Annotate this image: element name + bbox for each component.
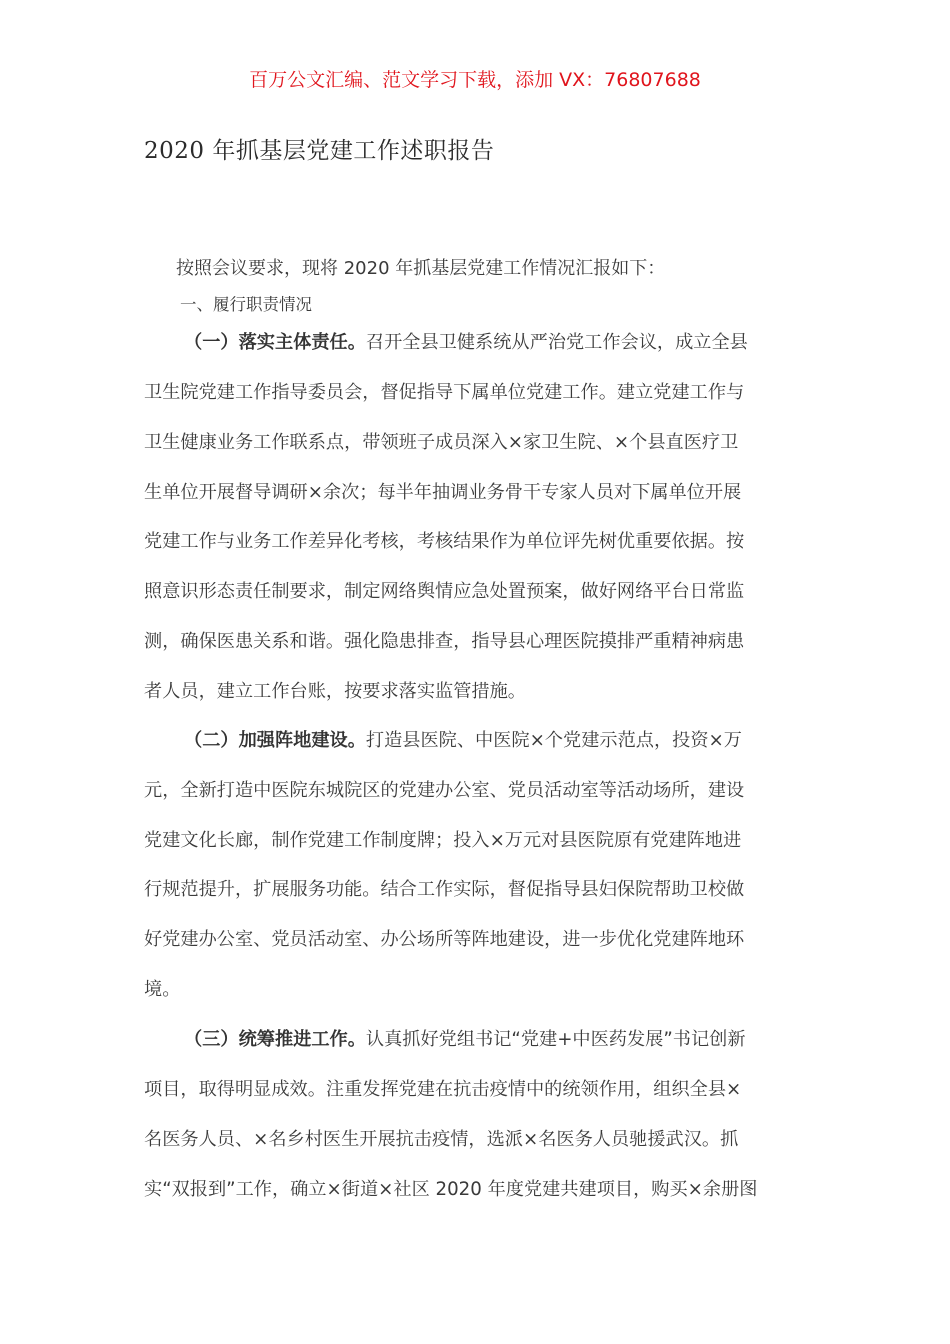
paragraph-line: 测，确保医患关系和谐。强化隐患排查，指导县心理医院摸排严重精神病患 xyxy=(144,628,744,656)
paragraph-line: 行规范提升，扩展服务功能。结合工作实际，督促指导县妇保院帮助卫校做 xyxy=(144,876,744,904)
line-text: 认真抓好党组书记“党建+中医药发展”书记创新 xyxy=(366,1029,746,1050)
paragraph-line: 名医务人员、×名乡村医生开展抗击疫情，选派×名医务人员驰援武汉。抓 xyxy=(144,1126,738,1154)
paragraph-line: 项目，取得明显成效。注重发挥党建在抗击疫情中的统领作用，组织全县× xyxy=(144,1076,741,1104)
section-heading-1: 一、履行职责情况 xyxy=(180,291,312,319)
paragraph-line: 卫生健康业务工作联系点，带领班子成员深入×家卫生院、×个县直医疗卫 xyxy=(144,429,738,457)
document-title: 2020 年抓基层党建工作述职报告 xyxy=(144,134,494,168)
subsection-label: （二）加强阵地建设。 xyxy=(184,730,366,751)
paragraph-line: 党建文化长廊，制作党建工作制度牌；投入×万元对县医院原有党建阵地进 xyxy=(144,827,741,855)
paragraph-line: 生单位开展督导调研×余次；每半年抽调业务骨干专家人员对下属单位开展 xyxy=(144,479,741,507)
watermark-banner: 百万公文汇编、范文学习下载，添加 VX：76807688 xyxy=(0,66,950,94)
paragraph-line: （一）落实主体责任。召开全县卫健系统从严治党工作会议，成立全县 xyxy=(184,329,748,357)
paragraph-line: 好党建办公室、党员活动室、办公场所等阵地建设，进一步优化党建阵地环 xyxy=(144,926,744,954)
paragraph-line: （二）加强阵地建设。打造县医院、中医院×个党建示范点，投资×万 xyxy=(184,727,742,755)
subsection-label: （一）落实主体责任。 xyxy=(184,332,366,353)
paragraph-line: （三）统筹推进工作。认真抓好党组书记“党建+中医药发展”书记创新 xyxy=(184,1026,746,1054)
subsection-label: （三）统筹推进工作。 xyxy=(184,1029,366,1050)
paragraph-line: 实“双报到”工作，确立×街道×社区 2020 年度党建共建项目，购买×余册图 xyxy=(144,1176,757,1204)
line-text: 召开全县卫健系统从严治党工作会议，成立全县 xyxy=(366,332,748,353)
paragraph-line: 党建工作与业务工作差异化考核，考核结果作为单位评先树优重要依据。按 xyxy=(144,528,744,556)
intro-paragraph: 按照会议要求，现将 2020 年抓基层党建工作情况汇报如下： xyxy=(176,255,665,283)
line-text: 打造县医院、中医院×个党建示范点，投资×万 xyxy=(366,730,742,751)
paragraph-line: 照意识形态责任制要求，制定网络舆情应急处置预案，做好网络平台日常监 xyxy=(144,578,744,606)
paragraph-line: 元，全新打造中医院东城院区的党建办公室、党员活动室等活动场所，建设 xyxy=(144,777,744,805)
paragraph-line: 境。 xyxy=(144,976,180,1004)
paragraph-line: 卫生院党建工作指导委员会，督促指导下属单位党建工作。建立党建工作与 xyxy=(144,379,744,407)
paragraph-line: 者人员，建立工作台账，按要求落实监管措施。 xyxy=(144,678,526,706)
